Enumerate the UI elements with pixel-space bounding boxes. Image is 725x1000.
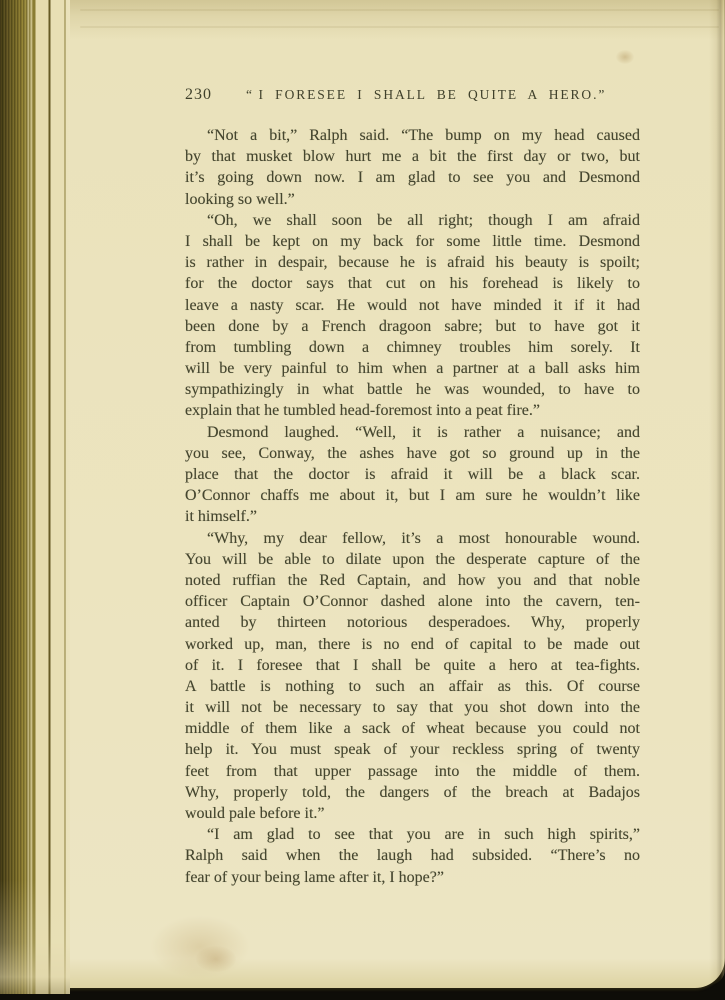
paragraph: Desmond laughed. “Well, it is rather a n… <box>185 422 640 528</box>
text-line: A battle is nothing to such an affair as… <box>185 676 640 697</box>
text-line: of it. I foresee that I shall be quite a… <box>185 655 640 676</box>
text-line: place that the doctor is afraid it will … <box>185 464 640 485</box>
text-block: 230 “ I FORESEE I SHALL BE QUITE A HERO.… <box>185 86 640 888</box>
text-line: “Not a bit,” Ralph said. “The bump on my… <box>185 125 640 146</box>
text-line: noted ruffian the Red Captain, and how y… <box>185 570 640 591</box>
text-line: anted by thirteen notorious desperadoes.… <box>185 612 640 633</box>
text-line: is rather in despair, because he is afra… <box>185 252 640 273</box>
page-right-edge <box>709 0 725 985</box>
text-line: feet from that upper passage into the mi… <box>185 761 640 782</box>
binding-page-edges <box>0 0 70 994</box>
text-line: looking so well.” <box>185 189 640 210</box>
text-line: sympathizingly in what battle he was wou… <box>185 379 640 400</box>
text-line: “Oh, we shall soon be all right; though … <box>185 210 640 231</box>
paragraph: “Not a bit,” Ralph said. “The bump on my… <box>185 125 640 210</box>
paragraph: “I am glad to see that you are in such h… <box>185 824 640 888</box>
text-line: worked up, man, there is no end of capit… <box>185 634 640 655</box>
text-line: Desmond laughed. “Well, it is rather a n… <box>185 422 640 443</box>
page-number: 230 <box>185 86 212 104</box>
binding-bottom-fade <box>0 880 70 994</box>
text-line: You will be able to dilate upon the desp… <box>185 549 640 570</box>
text-line: it’s going down now. I am glad to see yo… <box>185 167 640 188</box>
text-line: I shall be kept on my back for some litt… <box>185 231 640 252</box>
text-line: will be very painful to him when a partn… <box>185 358 640 379</box>
running-title: “ I FORESEE I SHALL BE QUITE A HERO.” <box>246 87 606 103</box>
text-line: Ralph said when the laugh had subsided. … <box>185 845 640 866</box>
paragraphs: “Not a bit,” Ralph said. “The bump on my… <box>185 125 640 888</box>
text-line: officer Captain O’Connor dashed alone in… <box>185 591 640 612</box>
text-line: leave a nasty scar. He would not have mi… <box>185 295 640 316</box>
page-header: 230 “ I FORESEE I SHALL BE QUITE A HERO.… <box>185 86 640 106</box>
text-line: it himself.” <box>185 506 640 527</box>
book-scan: 230 “ I FORESEE I SHALL BE QUITE A HERO.… <box>0 0 725 1000</box>
paper-ridge <box>80 26 719 28</box>
text-line: O’Connor chaffs me about it, but I am su… <box>185 485 640 506</box>
paragraph: “Why, my dear fellow, it’s a most honour… <box>185 528 640 825</box>
text-line: Why, properly told, the dangers of the b… <box>185 782 640 803</box>
paper-ridge <box>80 9 719 11</box>
text-line: would pale before it.” <box>185 803 640 824</box>
text-line: “I am glad to see that you are in such h… <box>185 824 640 845</box>
text-line: help it. You must speak of your reckless… <box>185 739 640 760</box>
text-line: fear of your being lame after it, I hope… <box>185 867 640 888</box>
text-line: for the doctor says that cut on his fore… <box>185 273 640 294</box>
text-line: “Why, my dear fellow, it’s a most honour… <box>185 528 640 549</box>
text-line: explain that he tumbled head-foremost in… <box>185 400 640 421</box>
text-line: been done by a French dragoon sabre; but… <box>185 316 640 337</box>
page-top-shading <box>70 0 725 40</box>
text-line: by that musket blow hurt me a bit the fi… <box>185 146 640 167</box>
text-line: it will not be necessary to say that you… <box>185 697 640 718</box>
text-line: middle of them like a sack of wheat beca… <box>185 718 640 739</box>
text-line: you see, Conway, the ashes have got so g… <box>185 443 640 464</box>
paragraph: “Oh, we shall soon be all right; though … <box>185 210 640 422</box>
text-line: from tumbling down a chimney troubles hi… <box>185 337 640 358</box>
